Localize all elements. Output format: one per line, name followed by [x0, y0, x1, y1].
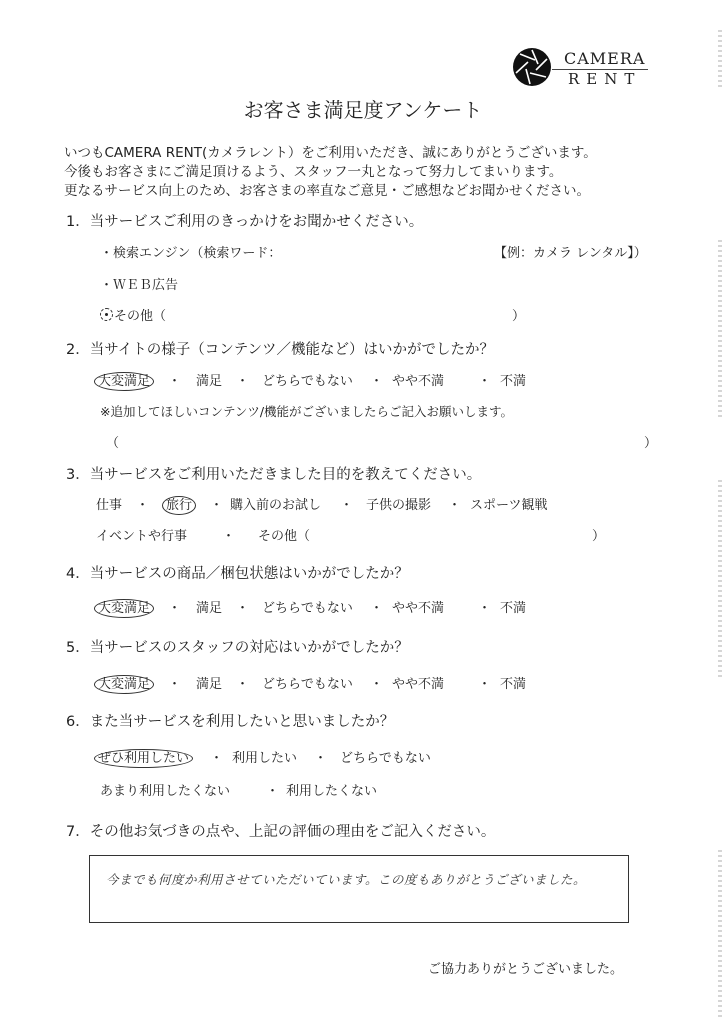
- comment-answer: 今までも何度か利用させていただいています。この度もありがとうございました。: [106, 870, 586, 888]
- q3-option-sports[interactable]: スポーツ観戦: [470, 494, 547, 513]
- scan-edge-artifact: [718, 850, 722, 1020]
- q6-option-yes[interactable]: 利用したい: [232, 747, 297, 766]
- q2-note: ※追加してほしいコンテンツ/機能がございましたらご記入お願いします。: [100, 402, 513, 420]
- intro-line-2: 今後もお客さまにご満足頂けるよう、スタッフ一丸となって努力してまいります。: [64, 160, 562, 180]
- q2-option-slightly-unsatisfied[interactable]: やや不満: [392, 370, 444, 389]
- q1-option-other[interactable]: その他（: [100, 305, 166, 324]
- camera-aperture-icon: [512, 47, 552, 87]
- separator: ・: [370, 370, 383, 389]
- q2-free-input[interactable]: [120, 430, 640, 450]
- q4-option-unsatisfied[interactable]: 不満: [500, 597, 526, 616]
- q2-free-close: ）: [644, 432, 657, 451]
- q5-option-very-satisfied[interactable]: 大変満足: [98, 673, 154, 692]
- question-5-label: 5．当サービスのスタッフの対応はいかがでしたか？: [66, 636, 409, 657]
- q3-option-work[interactable]: 仕事: [96, 494, 122, 513]
- separator: ・: [370, 673, 383, 692]
- separator: ・: [168, 597, 181, 616]
- separator: ・: [210, 747, 223, 766]
- separator: ・: [478, 597, 491, 616]
- separator: ・: [448, 494, 461, 513]
- question-7-label: 7．その他お気づきの点や、上記の評価の理由をご記入ください。: [66, 820, 495, 841]
- q3-option-kids-photo[interactable]: 子供の撮影: [366, 494, 431, 513]
- question-1-label: 1．当サービスご利用のきっかけをお聞かせください。: [66, 210, 423, 231]
- q6-option-definitely[interactable]: ぜひ利用したい: [98, 747, 193, 766]
- q3-option-event[interactable]: イベントや行事: [96, 525, 187, 544]
- q1-search-example: 【例：カメラ レンタル】）: [494, 242, 647, 261]
- comment-box[interactable]: [89, 855, 629, 923]
- separator: ・: [168, 673, 181, 692]
- separator: ・: [236, 673, 249, 692]
- q3-option-trial[interactable]: 購入前のお試し: [230, 494, 321, 513]
- scan-edge-artifact: [718, 480, 722, 680]
- q1-other-close: ）: [512, 305, 525, 324]
- thank-you-footer: ご協力ありがとうございました。: [428, 958, 623, 977]
- q4-option-satisfied[interactable]: 満足: [196, 597, 222, 616]
- separator: ・: [222, 525, 235, 544]
- separator: ・: [340, 494, 353, 513]
- q2-option-neutral[interactable]: どちらでもない: [262, 370, 353, 389]
- q5-option-satisfied[interactable]: 満足: [196, 673, 222, 692]
- q2-option-unsatisfied[interactable]: 不満: [500, 370, 526, 389]
- q4-option-slightly-unsatisfied[interactable]: やや不満: [392, 597, 444, 616]
- separator: ・: [370, 597, 383, 616]
- question-6-label: 6．また当サービスを利用したいと思いましたか？: [66, 710, 394, 731]
- separator: ・: [210, 494, 223, 513]
- logo-text-camera: CAMERA: [564, 49, 645, 68]
- q3-option-other[interactable]: その他（: [258, 525, 310, 544]
- q2-free-open: （: [106, 432, 119, 451]
- q2-selected: 大変満足: [94, 372, 154, 391]
- intro-line-3: 更なるサービス向上のため、お客さまの率直なご意見・ご感想などお聞かせください。: [64, 179, 590, 199]
- selected-mark-icon: [100, 308, 113, 321]
- q5-option-unsatisfied[interactable]: 不満: [500, 673, 526, 692]
- page-title: お客さま満足度アンケート: [0, 94, 726, 123]
- separator: ・: [314, 747, 327, 766]
- q4-selected: 大変満足: [94, 599, 154, 618]
- separator: ・: [266, 780, 279, 799]
- q3-option-travel[interactable]: 旅行: [166, 494, 196, 513]
- q4-option-very-satisfied[interactable]: 大変満足: [98, 597, 154, 616]
- q5-option-neutral[interactable]: どちらでもない: [262, 673, 353, 692]
- question-4-label: 4．当サービスの商品／梱包状態はいかがでしたか？: [66, 562, 409, 583]
- q5-option-slightly-unsatisfied[interactable]: やや不満: [392, 673, 444, 692]
- camera-rent-logo: CAMERA RENT: [512, 45, 652, 95]
- q1-option-web-ad[interactable]: ・ＷＥＢ広告: [100, 274, 178, 293]
- intro-line-1: いつもCAMERA RENT(カメラレント）をご利用いただき、誠にありがとうござ…: [64, 141, 597, 161]
- separator: ・: [236, 370, 249, 389]
- q6-selected: ぜひ利用したい: [94, 749, 193, 768]
- q4-option-neutral[interactable]: どちらでもない: [262, 597, 353, 616]
- q2-option-very-satisfied[interactable]: 大変満足: [98, 370, 154, 389]
- scan-edge-artifact: [718, 240, 722, 420]
- q3-other-close: ）: [592, 525, 605, 544]
- separator: ・: [236, 597, 249, 616]
- q6-option-neutral[interactable]: どちらでもない: [340, 747, 431, 766]
- q1-other-label: その他（: [114, 309, 166, 324]
- separator: ・: [478, 370, 491, 389]
- q1-option-search-engine[interactable]: ・検索エンジン（検索ワード：: [100, 242, 281, 261]
- scan-edge-artifact: [718, 30, 722, 90]
- separator: ・: [136, 494, 149, 513]
- q5-selected: 大変満足: [94, 675, 154, 694]
- question-2-label: 2．当サイトの様子（コンテンツ／機能など）はいかがでしたか？: [66, 338, 494, 359]
- logo-text-rent: RENT: [568, 70, 641, 88]
- q6-option-not-much[interactable]: あまり利用したくない: [100, 780, 230, 799]
- separator: ・: [478, 673, 491, 692]
- q3-selected: 旅行: [162, 496, 196, 515]
- separator: ・: [168, 370, 181, 389]
- q2-option-satisfied[interactable]: 満足: [196, 370, 222, 389]
- question-3-label: 3．当サービスをご利用いただきました目的を教えてください。: [66, 463, 481, 484]
- q6-option-no[interactable]: 利用したくない: [286, 780, 377, 799]
